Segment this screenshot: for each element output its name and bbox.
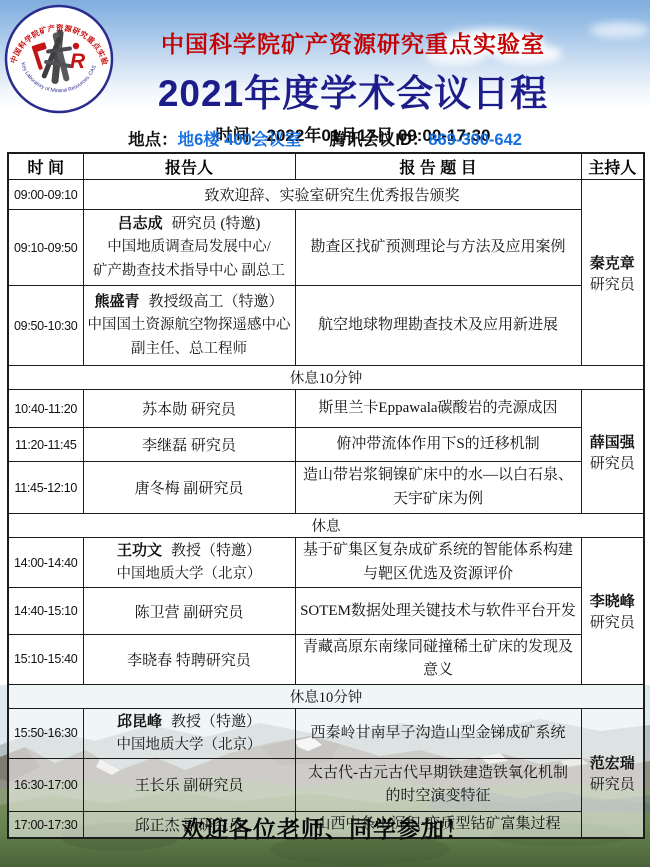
welcome-cell: 致欢迎辞、实验室研究生优秀报告颁奖 [83, 180, 581, 210]
speaker-cell: 邱昆峰教授（特邀） 中国地质大学（北京） [83, 708, 295, 758]
session-row-1145: 11:45-12:10 唐冬梅 副研究员 造山带岩浆铜镍矿床中的水—以白石泉、 … [8, 462, 644, 514]
organization-name: 中国科学院矿产资源研究重点实验室 [60, 26, 646, 59]
topic-cell: 斯里兰卡Eppawala碳酸岩的壳源成因 [295, 390, 581, 428]
speaker-name: 王功文 [117, 543, 162, 559]
speaker-role: 教授（特邀） [171, 543, 261, 559]
session-row-1550: 15:50-16:30 邱昆峰教授（特邀） 中国地质大学（北京） 西秦岭甘南早子… [8, 708, 644, 758]
session-row-welcome: 09:00-09:10 致欢迎辞、实验室研究生优秀报告颁奖 秦克章研究员 [8, 180, 644, 210]
col-header-host: 主持人 [581, 153, 644, 180]
speaker-cell: 吕志成研究员 (特邀) 中国地质调查局发展中心/ 矿产勘查技术指导中心 副总工 [83, 210, 295, 286]
host-name: 秦克章 [585, 252, 641, 273]
speaker-cell: 苏本勋 研究员 [83, 390, 295, 428]
time-cell: 09:50-10:30 [8, 286, 83, 366]
break-row: 休息 [8, 514, 644, 538]
event-location-line: 地点：地6楼 400会议室腾讯会议ID：869-300-642 [0, 126, 650, 150]
time-cell: 11:45-12:10 [8, 462, 83, 514]
speaker-role: 教授（特邀） [171, 714, 261, 730]
host-title: 研究员 [590, 456, 635, 472]
speaker-name: 邱昆峰 [117, 714, 162, 730]
host-cell: 李晓峰研究员 [581, 538, 644, 685]
session-row-1630: 16:30-17:00 王长乐 副研究员 太古代-古元古代早期铁建造铁氧化机制 … [8, 758, 644, 811]
session-row-0910: 09:10-09:50 吕志成研究员 (特邀) 中国地质调查局发展中心/ 矿产勘… [8, 210, 644, 286]
host-title: 研究员 [590, 277, 635, 293]
lab-logo-icon: 中国科学院矿产资源研究重点实验室 Key Laboratory of Miner… [2, 2, 116, 116]
topic-cell: 西秦岭甘南早子沟造山型金锑成矿系统 [295, 708, 581, 758]
session-row-0950: 09:50-10:30 熊盛青教授级高工（特邀） 中国国土资源航空物探遥感中心 … [8, 286, 644, 366]
speaker-affiliation: 中国地质调查局发展中心/ 矿产勘查技术指导中心 副总工 [87, 236, 292, 282]
meeting-id-label: 腾讯会议ID： [329, 131, 428, 149]
poster-title: 2021年度学术会议日程 [60, 63, 646, 117]
speaker-cell: 王长乐 副研究员 [83, 758, 295, 811]
host-name: 李晓峰 [585, 590, 641, 611]
time-cell: 15:50-16:30 [8, 708, 83, 758]
topic-cell: SOTEM数据处理关键技术与软件平台开发 [295, 588, 581, 635]
poster-header: 中国科学院矿产资源研究重点实验室 2021年度学术会议日程 时间：2022年01… [60, 0, 646, 146]
time-cell: 09:00-09:10 [8, 180, 83, 210]
time-cell: 16:30-17:00 [8, 758, 83, 811]
session-row-1440: 14:40-15:10 陈卫营 副研究员 SOTEM数据处理关键技术与软件平台开… [8, 588, 644, 635]
speaker-affiliation: 中国地质大学（北京） [87, 563, 292, 586]
break-row: 休息10分钟 [8, 684, 644, 708]
time-cell: 10:40-11:20 [8, 390, 83, 428]
col-header-topic: 报 告 题 目 [295, 153, 581, 180]
speaker-cell: 李继磊 研究员 [83, 428, 295, 462]
topic-cell: 俯冲带流体作用下S的迁移机制 [295, 428, 581, 462]
speaker-cell: 王功文教授（特邀） 中国地质大学（北京） [83, 538, 295, 588]
location-label: 地点： [128, 131, 178, 149]
speaker-role: 教授级高工（特邀） [149, 294, 284, 310]
host-cell: 薛国强研究员 [581, 390, 644, 514]
speaker-cell: 熊盛青教授级高工（特邀） 中国国土资源航空物探遥感中心 副主任、总工程师 [83, 286, 295, 366]
location-value: 地6楼 400会议室 [178, 131, 302, 149]
schedule-table: 时 间 报告人 报 告 题 目 主持人 09:00-09:10 致欢迎辞、实验室… [7, 152, 645, 839]
table-header-row: 时 间 报告人 报 告 题 目 主持人 [8, 153, 644, 180]
session-row-1120: 11:20-11:45 李继磊 研究员 俯冲带流体作用下S的迁移机制 [8, 428, 644, 462]
topic-cell: 青藏高原东南缘同碰撞稀土矿床的发现及 意义 [295, 635, 581, 685]
time-cell: 11:20-11:45 [8, 428, 83, 462]
time-cell: 09:10-09:50 [8, 210, 83, 286]
svg-text:R: R [70, 50, 86, 73]
break-cell: 休息 [8, 514, 644, 538]
host-name: 薛国强 [585, 431, 641, 452]
time-cell: 14:40-15:10 [8, 588, 83, 635]
topic-cell: 造山带岩浆铜镍矿床中的水—以白石泉、 天宇矿床为例 [295, 462, 581, 514]
host-cell: 秦克章研究员 [581, 180, 644, 366]
host-title: 研究员 [590, 777, 635, 793]
col-header-time: 时 间 [8, 153, 83, 180]
break-row: 休息10分钟 [8, 366, 644, 390]
welcome-message: 欢迎各位老师、同学参加！ [0, 811, 650, 844]
break-cell: 休息10分钟 [8, 684, 644, 708]
time-cell: 15:10-15:40 [8, 635, 83, 685]
time-cell: 14:00-14:40 [8, 538, 83, 588]
speaker-cell: 唐冬梅 副研究员 [83, 462, 295, 514]
topic-cell: 勘查区找矿预测理论与方法及应用案例 [295, 210, 581, 286]
speaker-cell: 李晓春 特聘研究员 [83, 635, 295, 685]
host-name: 范宏瑞 [585, 752, 641, 773]
topic-cell: 航空地球物理勘查技术及应用新进展 [295, 286, 581, 366]
host-title: 研究员 [590, 615, 635, 631]
speaker-name: 吕志成 [118, 216, 163, 232]
speaker-affiliation: 中国国土资源航空物探遥感中心 副主任、总工程师 [87, 314, 292, 360]
session-row-1400: 14:00-14:40 王功文教授（特邀） 中国地质大学（北京） 基于矿集区复杂… [8, 538, 644, 588]
session-row-1510: 15:10-15:40 李晓春 特聘研究员 青藏高原东南缘同碰撞稀土矿床的发现及… [8, 635, 644, 685]
speaker-name: 熊盛青 [94, 294, 139, 310]
meeting-id-value: 869-300-642 [428, 131, 522, 149]
speaker-cell: 陈卫营 副研究员 [83, 588, 295, 635]
session-row-1040: 10:40-11:20 苏本勋 研究员 斯里兰卡Eppawala碳酸岩的壳源成因… [8, 390, 644, 428]
speaker-role: 研究员 (特邀) [172, 216, 261, 232]
speaker-affiliation: 中国地质大学（北京） [87, 734, 292, 757]
topic-cell: 基于矿集区复杂成矿系统的智能体系构建 与靶区优选及资源评价 [295, 538, 581, 588]
conference-schedule-poster: 中国科学院矿产资源研究重点实验室 Key Laboratory of Miner… [0, 0, 650, 867]
break-cell: 休息10分钟 [8, 366, 644, 390]
col-header-speaker: 报告人 [83, 153, 295, 180]
topic-cell: 太古代-古元古代早期铁建造铁氧化机制 的时空演变特征 [295, 758, 581, 811]
